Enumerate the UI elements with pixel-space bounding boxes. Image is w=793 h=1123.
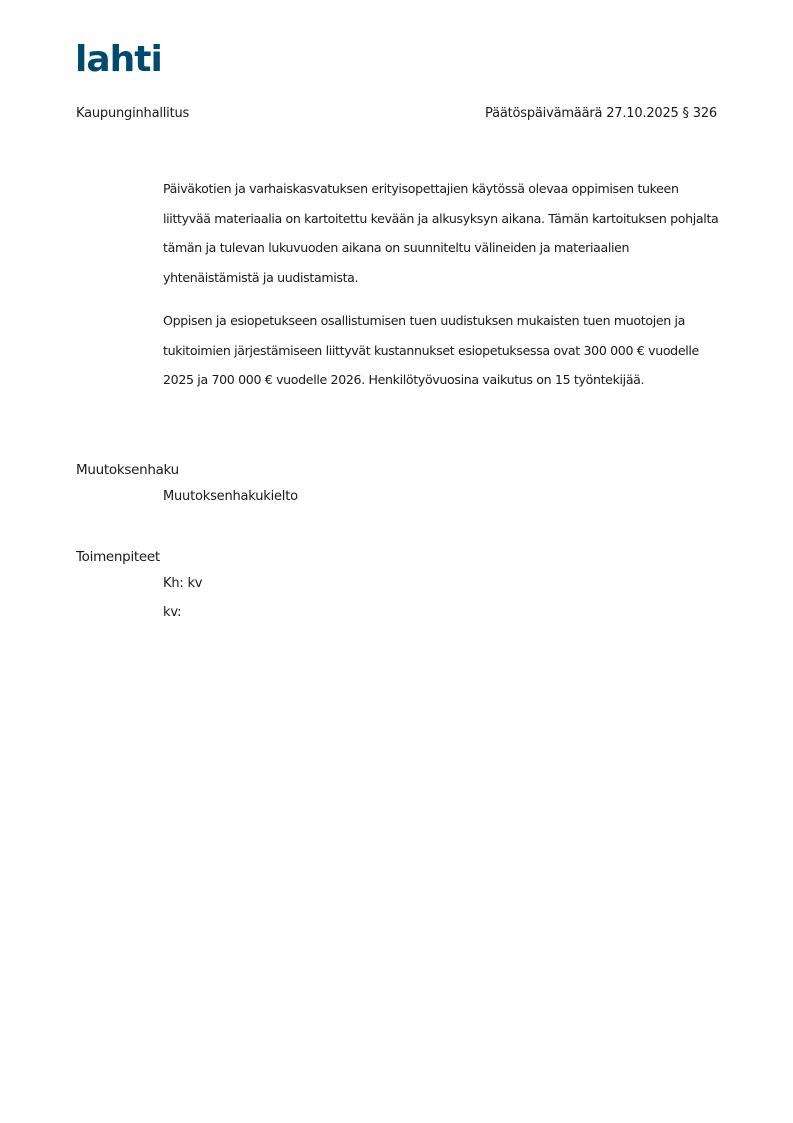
decision-date: Päätöspäivämäärä 27.10.2025 § 326 xyxy=(485,106,717,121)
section-heading-muutoksenhaku: Muutoksenhaku xyxy=(76,462,179,478)
body-paragraph-1: Päiväkotien ja varhaiskasvatuksen erityi… xyxy=(163,174,723,292)
body-paragraph-2: Oppisen ja esiopetukseen osallistumisen … xyxy=(163,306,723,395)
toimenpiteet-item: kv: xyxy=(163,605,181,620)
paragraph-text: Päiväkotien ja varhaiskasvatuksen erityi… xyxy=(163,174,723,292)
lahti-logo: lahti xyxy=(75,42,162,78)
decision-body: Kaupunginhallitus xyxy=(76,106,189,121)
section-heading-toimenpiteet: Toimenpiteet xyxy=(76,549,160,565)
toimenpiteet-item: Kh: kv xyxy=(163,576,202,591)
paragraph-text: Oppisen ja esiopetukseen osallistumisen … xyxy=(163,306,723,395)
muutoksenhaku-value: Muutoksenhakukielto xyxy=(163,489,298,504)
